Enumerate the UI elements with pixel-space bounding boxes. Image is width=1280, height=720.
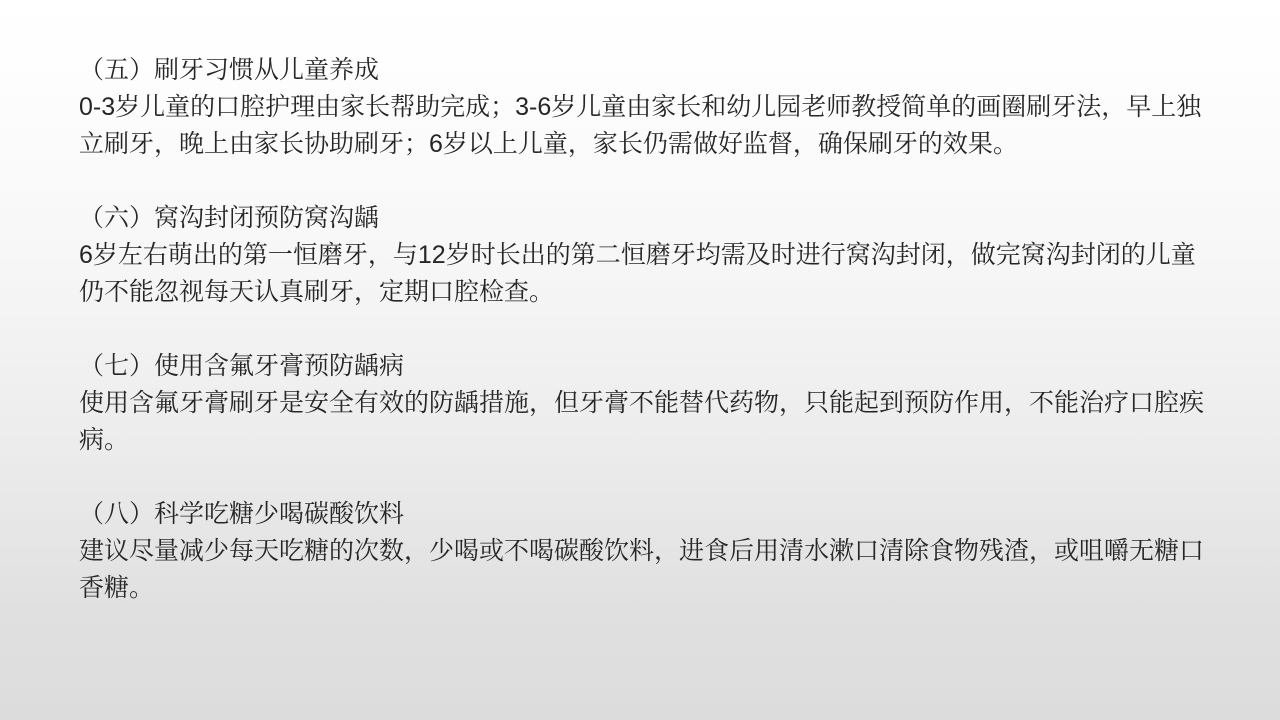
section-7-body: 使用含氟牙膏刷牙是安全有效的防龋措施，但牙膏不能替代药物，只能起到预防作用，不能…	[79, 385, 1206, 459]
section-6-body: 6岁左右萌出的第一恒磨牙，与12岁时长出的第二恒磨牙均需及时进行窝沟封闭，做完窝…	[79, 237, 1206, 311]
section-5-body: 0-3岁儿童的口腔护理由家长帮助完成；3-6岁儿童由家长和幼儿园老师教授简单的画…	[79, 89, 1206, 163]
section-7: （七）使用含氟牙膏预防龋病 使用含氟牙膏刷牙是安全有效的防龋措施，但牙膏不能替代…	[79, 348, 1206, 459]
section-6: （六）窝沟封闭预防窝沟龋 6岁左右萌出的第一恒磨牙，与12岁时长出的第二恒磨牙均…	[79, 200, 1206, 311]
section-8: （八）科学吃糖少喝碳酸饮料 建议尽量减少每天吃糖的次数，少喝或不喝碳酸饮料，进食…	[79, 496, 1206, 607]
section-5-heading: （五）刷牙习惯从儿童养成	[79, 52, 1206, 89]
section-6-heading: （六）窝沟封闭预防窝沟龋	[79, 200, 1206, 237]
section-5: （五）刷牙习惯从儿童养成 0-3岁儿童的口腔护理由家长帮助完成；3-6岁儿童由家…	[79, 52, 1206, 163]
section-7-heading: （七）使用含氟牙膏预防龋病	[79, 348, 1206, 385]
presentation-slide: （五）刷牙习惯从儿童养成 0-3岁儿童的口腔护理由家长帮助完成；3-6岁儿童由家…	[0, 0, 1280, 720]
section-8-body: 建议尽量减少每天吃糖的次数，少喝或不喝碳酸饮料，进食后用清水漱口清除食物残渣，或…	[79, 533, 1206, 607]
slide-text-block: （五）刷牙习惯从儿童养成 0-3岁儿童的口腔护理由家长帮助完成；3-6岁儿童由家…	[79, 52, 1206, 607]
section-8-heading: （八）科学吃糖少喝碳酸饮料	[79, 496, 1206, 533]
